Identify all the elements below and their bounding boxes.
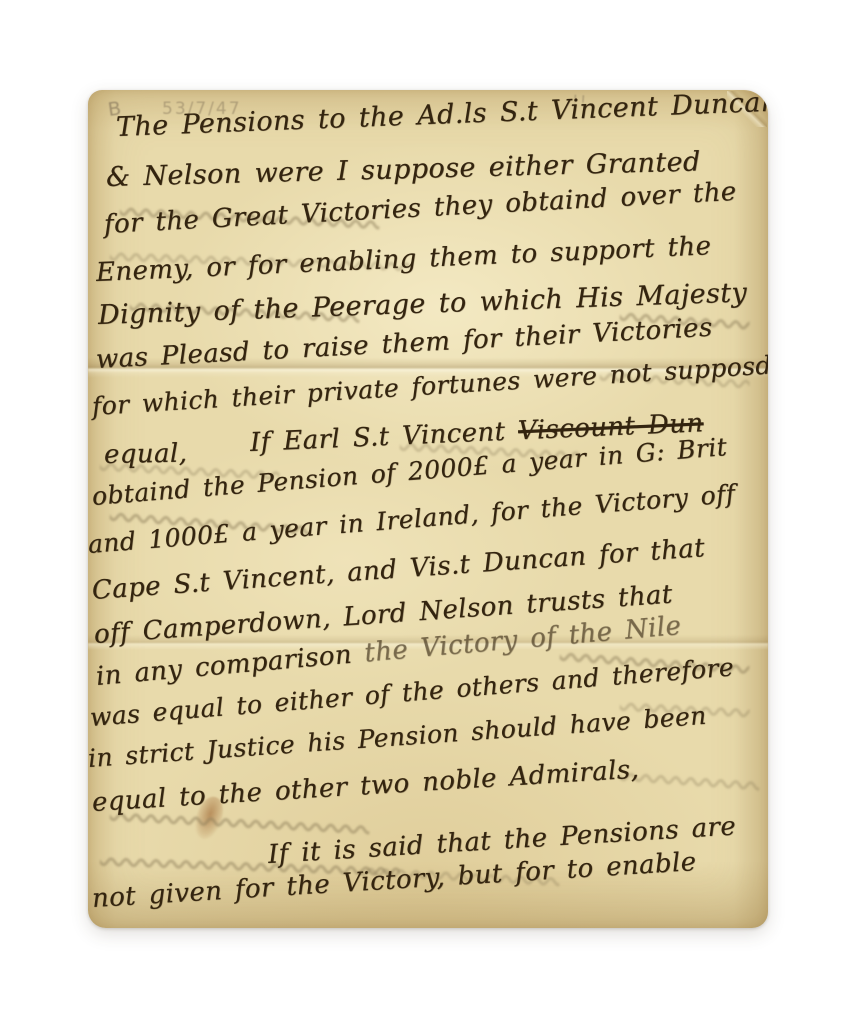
handwritten-line: Enemy, or for enabling them to support t… [95,231,712,288]
bleedthrough-scrawl [619,760,760,796]
line-text: equal, [104,439,188,470]
line-text: The Pensions to the Ad.ls S.t Vincent Du… [115,90,768,143]
handwritten-line: equal, [104,439,188,470]
handwritten-line: The Pensions to the Ad.ls S.t Vincent Du… [115,90,768,143]
line-text: Enemy, or for enabling them to support t… [95,231,712,288]
letter-page: B 53/7/47 !! The Pensions to the Ad.ls S… [88,90,768,928]
